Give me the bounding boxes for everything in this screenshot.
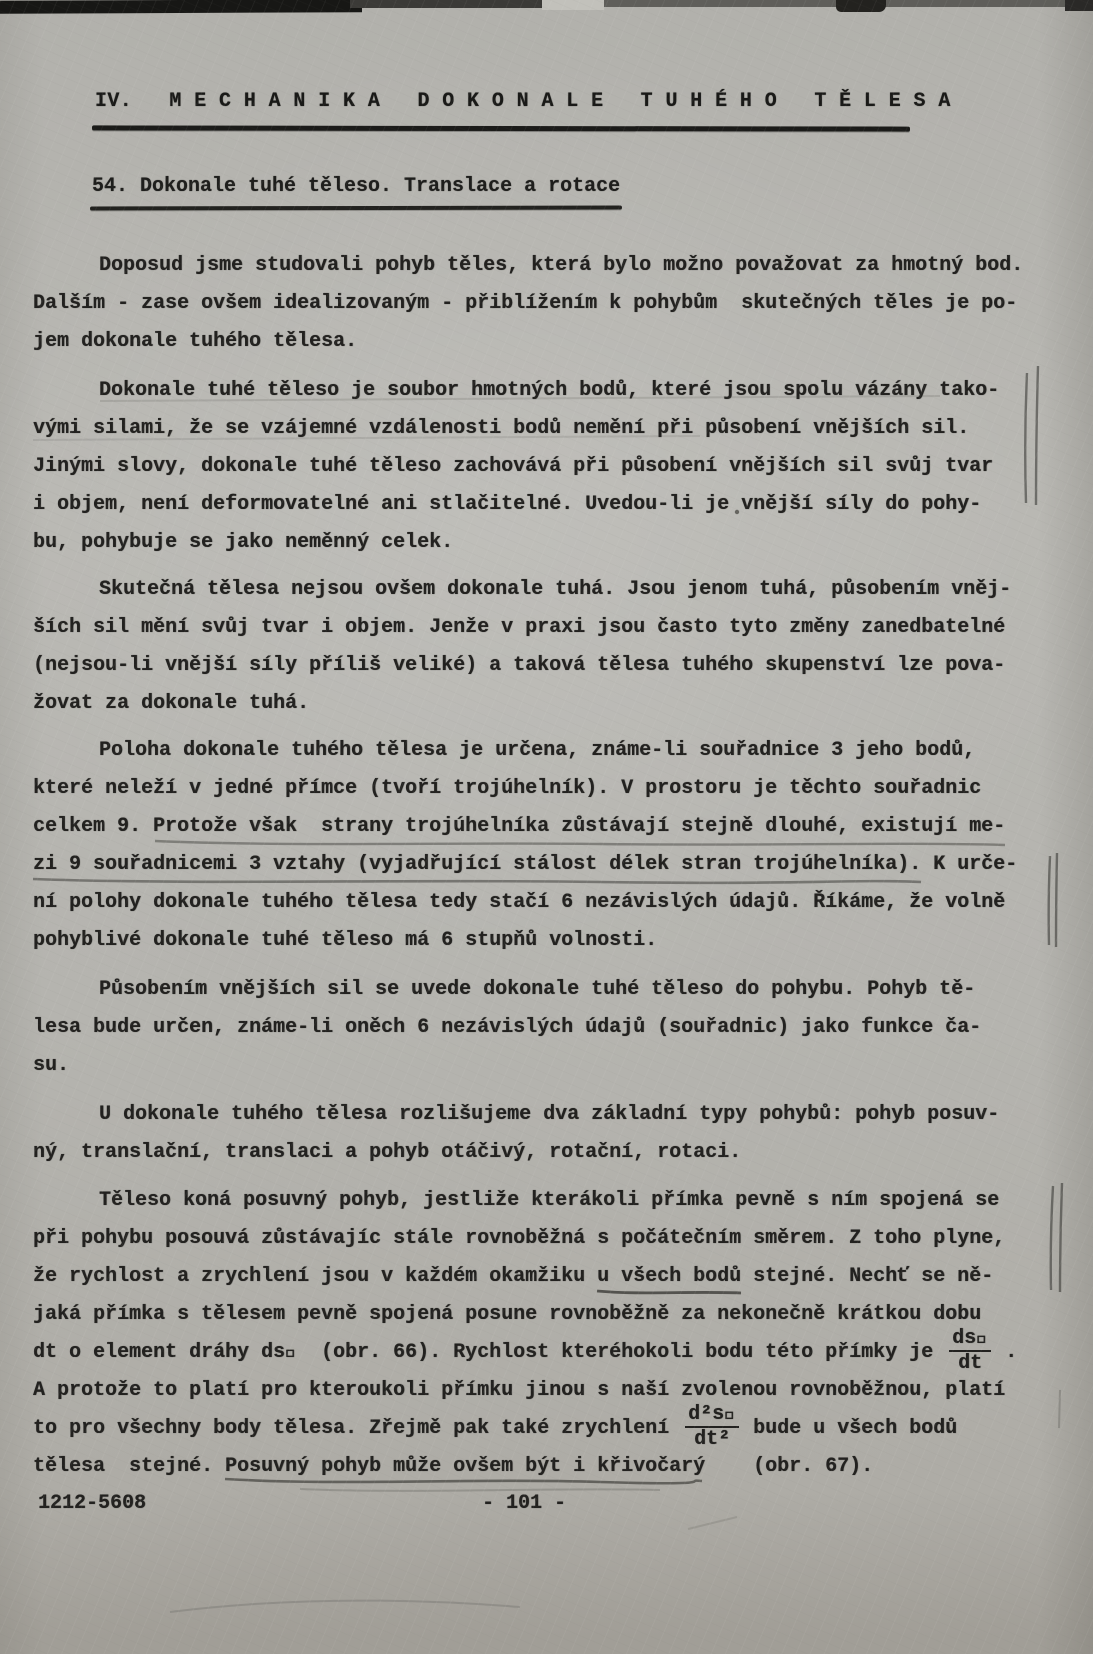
- paragraph: Doposud jsme studovali pohyb těles, kter…: [33, 247, 1045, 361]
- text-line: jaká přímka s tělesem pevně spojená posu…: [33, 1296, 1045, 1334]
- formula-line-text: .: [1005, 1334, 1017, 1372]
- formula-line-text: dt o element dráhy ds⃗ (obr. 66). Rychlo…: [33, 1334, 933, 1372]
- text-line: lesa bude určen, známe-li oněch 6 nezávi…: [33, 1009, 1045, 1047]
- margin-mark: [1060, 1183, 1062, 1292]
- text-line: Dalším - zase ovšem idealizovaným - přib…: [33, 285, 1045, 323]
- fraction-denominator: dt: [958, 1352, 982, 1374]
- text-line: Doposud jsme studovali pohyb těles, kter…: [33, 247, 1045, 285]
- text-line: dt o element dráhy ds⃗ (obr. 66). Rychlo…: [33, 1334, 1045, 1372]
- paragraph: Působením vnějších sil se uvede dokonale…: [33, 971, 1045, 1085]
- paragraph: Dokonale tuhé těleso je soubor hmotných …: [33, 372, 1045, 562]
- text-line: Působením vnějších sil se uvede dokonale…: [33, 971, 1045, 1009]
- text-line: jem dokonale tuhého tělesa.: [33, 323, 1045, 361]
- text-line: celkem 9. Protože však strany trojúhelní…: [33, 808, 1045, 846]
- margin-mark: [1059, 1390, 1060, 1428]
- text-line: ších sil mění svůj tvar i objem. Jenže v…: [33, 609, 1045, 647]
- scanner-edge-corner: [1065, 0, 1093, 11]
- text-line: vými silami, že se vzájemné vzdálenosti …: [33, 410, 1045, 448]
- paragraph: Skutečná tělesa nejsou ovšem dokonale tu…: [33, 571, 1045, 723]
- text-line: pohyblivé dokonale tuhé těleso má 6 stup…: [33, 922, 1045, 960]
- paragraph: U dokonale tuhého tělesa rozlišujeme dva…: [33, 1096, 1045, 1172]
- text-line: že rychlost a zrychlení jsou v každém ok…: [33, 1258, 1045, 1296]
- body-text: Doposud jsme studovali pohyb těles, kter…: [33, 0, 1045, 1654]
- inline-fraction: d²s⃗dt²: [685, 1404, 739, 1450]
- text-line: při pohybu posouvá zůstávajíc stále rovn…: [33, 1220, 1045, 1258]
- fraction-numerator: ds⃗: [949, 1328, 991, 1352]
- text-line: Poloha dokonale tuhého tělesa je určena,…: [33, 732, 1045, 770]
- text-line: (nejsou-li vnější síly příliš veliké) a …: [33, 647, 1045, 685]
- text-line: které neleží v jedné přímce (tvoří trojú…: [33, 770, 1045, 808]
- text-line: Skutečná tělesa nejsou ovšem dokonale tu…: [33, 571, 1045, 609]
- text-line: Jinými slovy, dokonale tuhé těleso zacho…: [33, 448, 1045, 486]
- formula-line-text: bude u všech bodů: [753, 1410, 957, 1448]
- text-line: i objem, není deformovatelné ani stlačit…: [33, 486, 1045, 524]
- paragraph: Těleso koná posuvný pohyb, jestliže kter…: [33, 1182, 1045, 1486]
- inline-fraction: ds⃗dt: [949, 1328, 991, 1374]
- text-line: ní polohy dokonale tuhého tělesa tedy st…: [33, 884, 1045, 922]
- text-line: Těleso koná posuvný pohyb, jestliže kter…: [33, 1182, 1045, 1220]
- text-line: Dokonale tuhé těleso je soubor hmotných …: [33, 372, 1045, 410]
- scanned-document-page: IV. M E C H A N I K A D O K O N A L E T …: [0, 0, 1093, 1654]
- paragraph: Poloha dokonale tuhého tělesa je určena,…: [33, 732, 1045, 960]
- fraction-numerator: d²s⃗: [685, 1404, 739, 1428]
- formula-line-text: to pro všechny body tělesa. Zřejmě pak t…: [33, 1410, 669, 1448]
- margin-mark: [1049, 856, 1050, 945]
- text-line: su.: [33, 1047, 1045, 1085]
- fraction-denominator: dt²: [694, 1428, 730, 1450]
- document-code: 1212-5608: [38, 1492, 146, 1516]
- text-line: to pro všechny body tělesa. Zřejmě pak t…: [33, 1410, 1045, 1448]
- text-line: U dokonale tuhého tělesa rozlišujeme dva…: [33, 1096, 1045, 1134]
- margin-mark: [1056, 853, 1057, 947]
- page-number: - 101 -: [482, 1492, 566, 1516]
- text-line: A protože to platí pro kteroukoli přímku…: [33, 1372, 1045, 1410]
- text-line: tělesa stejné. Posuvný pohyb může ovšem …: [33, 1448, 1045, 1486]
- text-line: ný, translační, translaci a pohyb otáčiv…: [33, 1134, 1045, 1172]
- margin-mark: [1051, 1186, 1053, 1290]
- text-line: bu, pohybuje se jako neměnný celek.: [33, 524, 1045, 562]
- text-line: žovat za dokonale tuhá.: [33, 685, 1045, 723]
- text-line: zi 9 souřadnicemi 3 vztahy (vyjadřující …: [33, 846, 1045, 884]
